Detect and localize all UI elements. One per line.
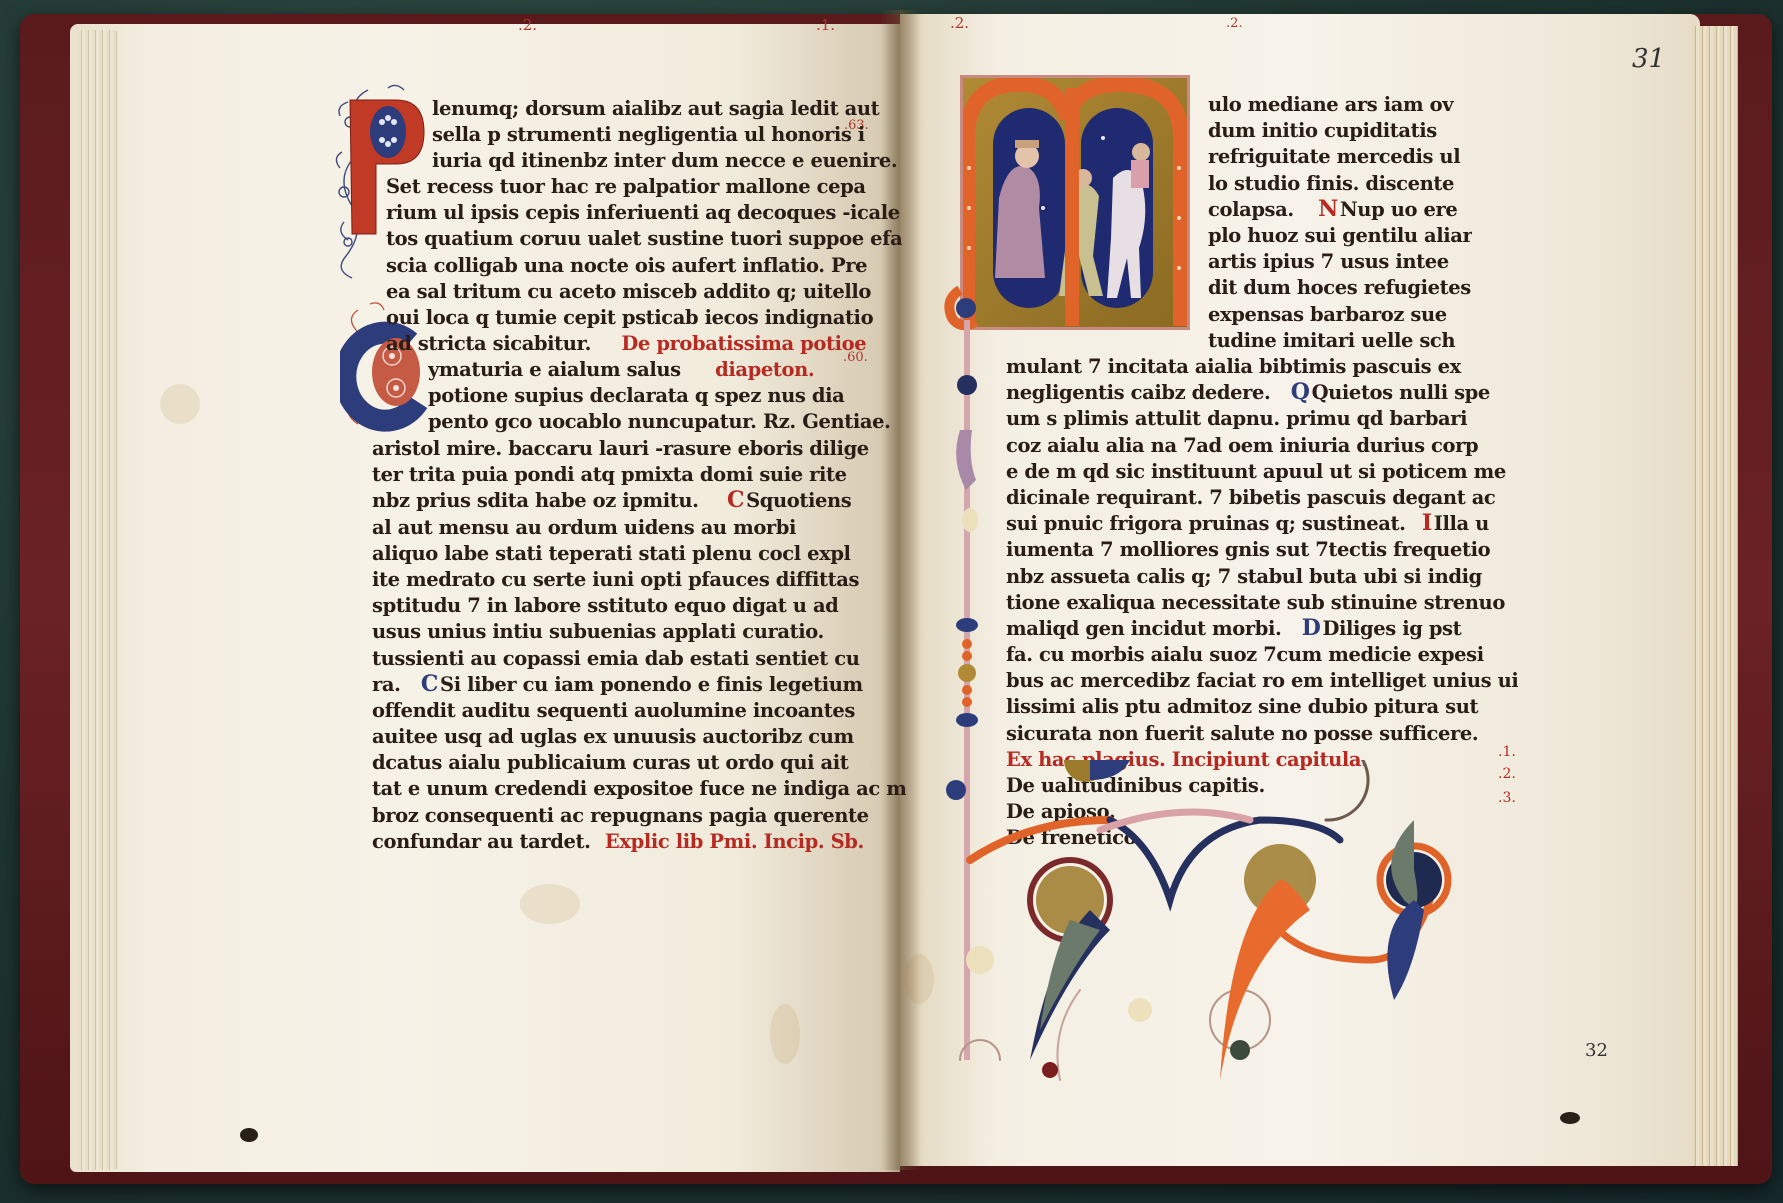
text-line: aristol mire. baccaru lauri -rasure ebor… xyxy=(372,436,906,462)
manuscript-photo: .2. .1. .63. .60. .2. .2. 31 32 lenumq; … xyxy=(0,0,1783,1203)
left-text-column: ymaturia e aialum salus diapeton. potion… xyxy=(428,357,891,436)
text-line: usus unius intiu subuenias applati curat… xyxy=(372,619,906,645)
text-line: al aut mensu au ordum uidens au morbi xyxy=(372,515,906,541)
running-mark: .2. xyxy=(518,16,537,34)
worm-hole xyxy=(240,1128,258,1142)
text-line: coz aialu alia na 7ad oem iniuria durius… xyxy=(1006,433,1518,459)
text-run: ad stricta sicabitur. xyxy=(386,332,591,355)
text-run: Quietos nulli spe xyxy=(1312,381,1490,404)
left-text-column: lenumq; dorsum aialibz aut sagia ledit a… xyxy=(432,96,897,175)
folio-number-bottom: 32 xyxy=(1585,1040,1608,1061)
versal-initial: C xyxy=(727,489,744,511)
text-line: aliquo labe stati teperati stati plenu c… xyxy=(372,541,906,567)
running-mark: .2. xyxy=(1226,16,1243,31)
text-run: nbz prius sdita habe oz ipmitu. xyxy=(372,489,699,512)
text-line: lissimi alis ptu admitoz sine dubio pitu… xyxy=(1006,694,1518,720)
text-line: ymaturia e aialum salus diapeton. xyxy=(428,357,891,383)
text-line: ad stricta sicabitur. De probatissima po… xyxy=(386,331,902,357)
right-text-column: ulo mediane ars iam ov dum initio cupidi… xyxy=(1208,92,1472,354)
foliate-scroll-ornament xyxy=(940,760,1520,1100)
text-run: ymaturia e aialum salus xyxy=(428,358,681,381)
text-run: Si liber cu iam ponendo e finis legetium xyxy=(440,673,863,696)
text-line: ra. CSi liber cu iam ponendo e finis leg… xyxy=(372,672,906,698)
text-line: nbz assueta calis q; 7 stabul buta ubi s… xyxy=(1006,564,1518,590)
versal-initial: C xyxy=(421,673,438,695)
text-line: sui pnuic frigora pruinas q; sustineat. … xyxy=(1006,511,1518,537)
text-line: um s plimis attulit dapnu. primu qd barb… xyxy=(1006,406,1518,432)
text-line: lo studio finis. discente xyxy=(1208,171,1472,197)
text-line: confundar au tardet. Explic lib Pmi. Inc… xyxy=(372,829,906,855)
text-line: negligentis caibz dedere. QQuietos nulli… xyxy=(1006,380,1518,406)
left-text-column: aristol mire. baccaru lauri -rasure ebor… xyxy=(372,436,906,855)
text-line: broz consequenti ac repugnans pagia quer… xyxy=(372,803,906,829)
text-run: negligentis caibz dedere. xyxy=(1006,381,1270,404)
text-line: tione exaliqua necessitate sub stinuine … xyxy=(1006,590,1518,616)
left-page-edges xyxy=(78,30,118,1170)
stain xyxy=(770,1004,800,1064)
text-run: colapsa. xyxy=(1208,198,1294,221)
versal-initial: I xyxy=(1422,512,1432,534)
text-line: tat e unum credendi expositoe fuce ne in… xyxy=(372,776,906,802)
text-run: maliqd gen incidut morbi. xyxy=(1006,617,1281,640)
text-line: expensas barbaroz sue xyxy=(1208,302,1472,328)
folio-number-top: 31 xyxy=(1632,44,1665,74)
text-run: confundar au tardet. xyxy=(372,830,591,853)
text-line: refriguitate mercedis ul xyxy=(1208,144,1472,170)
text-line: ter trita puia pondi atq pmixta domi sui… xyxy=(372,462,906,488)
text-line: potione supius declarata q spez nus dia xyxy=(428,383,891,409)
text-line: iumenta 7 molliores gnis sut 7tectis fre… xyxy=(1006,537,1518,563)
text-line: ulo mediane ars iam ov xyxy=(1208,92,1472,118)
text-line: artis ipius 7 usus intee xyxy=(1208,249,1472,275)
text-line: tos quatium coruu ualet sustine tuori su… xyxy=(386,226,902,252)
rubric-heading: diapeton. xyxy=(715,358,814,381)
text-line: auitee usq ad uglas ex unuusis auctoribz… xyxy=(372,724,906,750)
text-line: sicurata non fuerit salute no posse suff… xyxy=(1006,721,1518,747)
text-line: tussienti au copassi emia dab estati sen… xyxy=(372,646,906,672)
text-line: sptitudu 7 in labore sstituto equo digat… xyxy=(372,593,906,619)
stain xyxy=(160,384,200,424)
versal-initial: D xyxy=(1302,617,1321,639)
rubric-explicit: Explic lib Pmi. Incip. Sb. xyxy=(605,830,864,853)
text-line: offendit auditu sequenti auolumine incoa… xyxy=(372,698,906,724)
running-mark: .1. xyxy=(816,16,835,34)
text-run: Illa u xyxy=(1434,512,1489,535)
text-line: tudine imitari uelle sch xyxy=(1208,328,1472,354)
text-line: e de m qd sic instituunt apuul ut si pot… xyxy=(1006,459,1518,485)
text-line: pento gco uocablo nuncupatur. Rz. Gentia… xyxy=(428,409,891,435)
text-line: mulant 7 incitata aialia bibtimis pascui… xyxy=(1006,354,1518,380)
versal-initial: N xyxy=(1318,198,1338,220)
chapter-number: .1. xyxy=(1498,744,1516,760)
text-run: sui pnuic frigora pruinas q; sustineat. xyxy=(1006,512,1405,535)
stain xyxy=(520,884,580,924)
text-run: ra. xyxy=(372,673,401,696)
text-line: fa. cu morbis aialu suoz 7cum medicie ex… xyxy=(1006,642,1518,668)
running-mark: .2. xyxy=(950,14,969,32)
worm-hole xyxy=(1560,1112,1580,1124)
text-run: Diliges ig pst xyxy=(1322,617,1461,640)
text-line: scia colligab una nocte ois aufert infla… xyxy=(386,253,902,279)
text-line: colapsa. NNup uo ere xyxy=(1208,197,1472,223)
text-line: oui loca q tumie cepit psticab iecos ind… xyxy=(386,305,902,331)
text-line: plo huoz sui gentilu aliar xyxy=(1208,223,1472,249)
text-line: dcatus aialu publicaium curas ut ordo qu… xyxy=(372,750,906,776)
text-line: ite medrato cu serte iuni opti pfauces d… xyxy=(372,567,906,593)
text-line: rium ul ipsis cepis inferiuenti aq decoq… xyxy=(386,200,902,226)
text-line: ea sal tritum cu aceto misceb addito q; … xyxy=(386,279,902,305)
text-line: dum initio cupiditatis xyxy=(1208,118,1472,144)
text-line: bus ac mercedibz faciat ro em intelliget… xyxy=(1006,668,1518,694)
text-line: maliqd gen incidut morbi. DDiliges ig ps… xyxy=(1006,616,1518,642)
text-line: sella p strumenti negligentia ul honoris… xyxy=(432,122,897,148)
left-text-column: Set recess tuor hac re palpatior mallone… xyxy=(386,174,902,357)
versal-initial: Q xyxy=(1291,381,1310,403)
text-run: Nup uo ere xyxy=(1340,198,1458,221)
right-page-edges xyxy=(1692,26,1738,1166)
text-run: Squotiens xyxy=(746,489,851,512)
text-line: Set recess tuor hac re palpatior mallone… xyxy=(386,174,902,200)
rubric-heading: De probatissima potioe xyxy=(621,332,866,355)
text-line: lenumq; dorsum aialibz aut sagia ledit a… xyxy=(432,96,897,122)
text-line: iuria qd itinenbz inter dum necce e euen… xyxy=(432,148,897,174)
text-line: dicinale requirant. 7 bibetis pascuis de… xyxy=(1006,485,1518,511)
text-line: dit dum hoces refugietes xyxy=(1208,275,1472,301)
text-line: nbz prius sdita habe oz ipmitu. CSquotie… xyxy=(372,488,906,514)
